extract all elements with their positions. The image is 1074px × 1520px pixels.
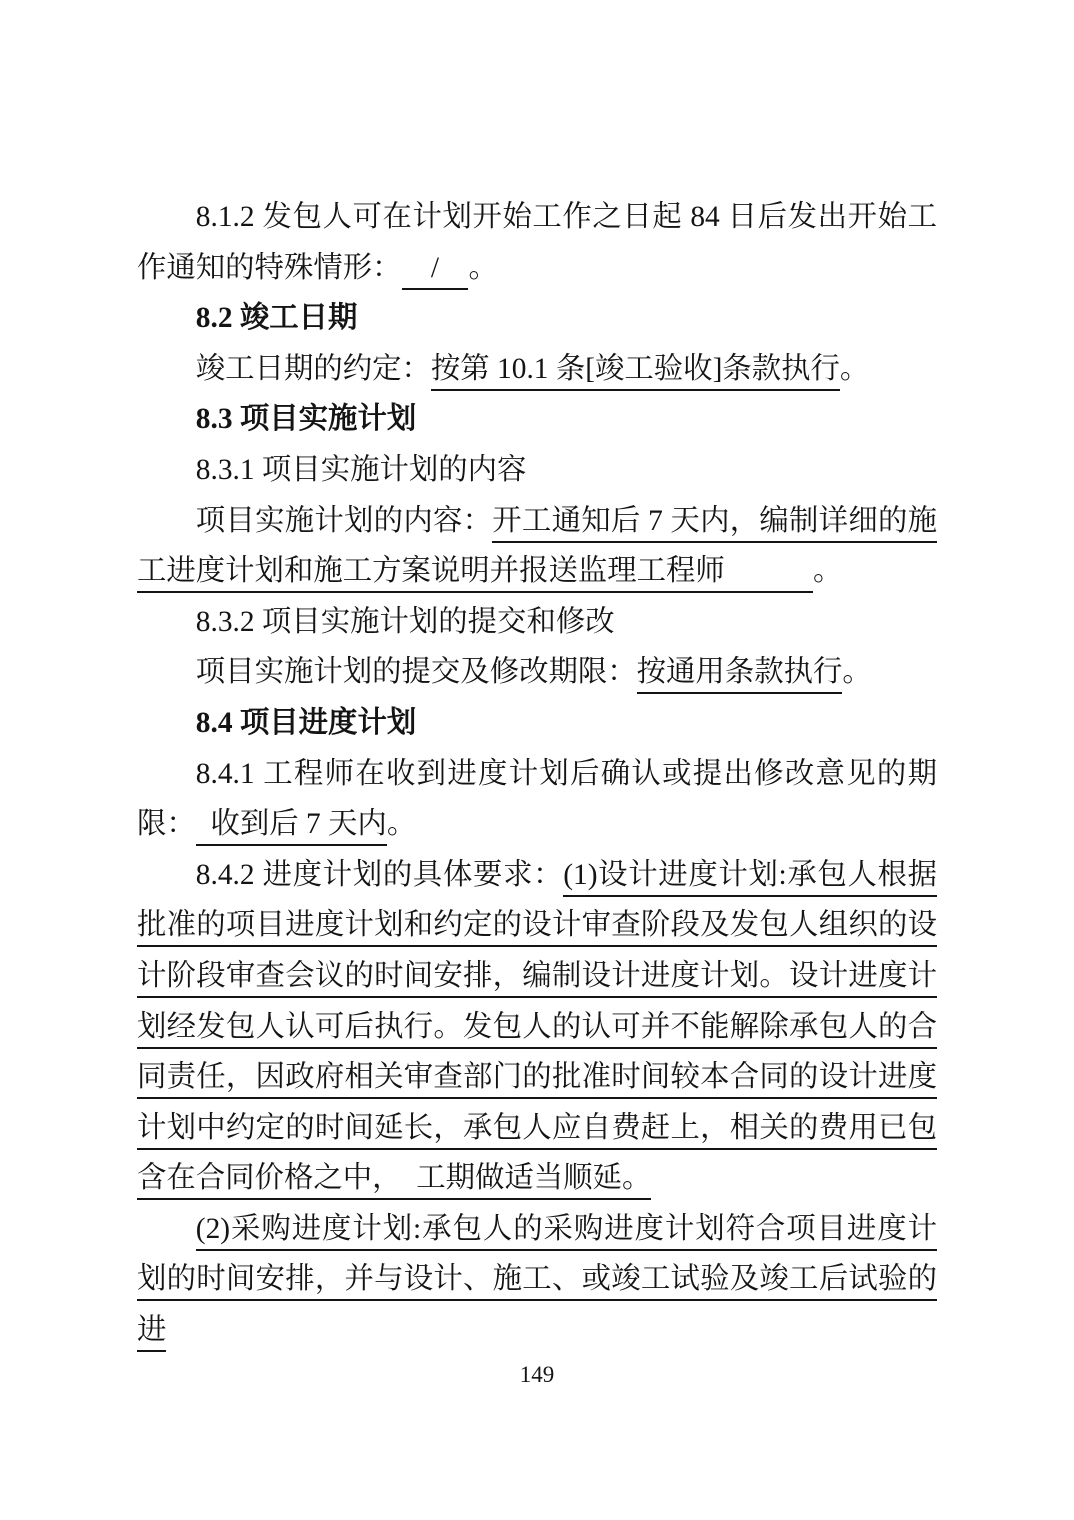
text-run: 。	[387, 808, 416, 840]
paragraph: 8.4.1 工程师在收到进度计划后确认或提出修改意见的期限： 收到后 7 天内。	[137, 749, 937, 850]
filled-blank-text: (2)采购进度计划:承包人的采购进度计划符合项目进度计划的时间安排，并与设计、施…	[137, 1213, 937, 1352]
paragraph: (2)采购进度计划:承包人的采购进度计划符合项目进度计划的时间安排，并与设计、施…	[137, 1204, 937, 1356]
paragraph: 8.1.2 发包人可在计划开始工作之日起 84 日后发出开始工作通知的特殊情形：…	[137, 192, 937, 293]
filled-blank-text: 收到后 7 天内	[196, 808, 387, 846]
text-run: 项目实施计划的内容：	[196, 505, 492, 537]
text-run: 。	[813, 555, 842, 587]
paragraph: 8.3.2 项目实施计划的提交和修改	[137, 597, 937, 648]
document-page: 8.1.2 发包人可在计划开始工作之日起 84 日后发出开始工作通知的特殊情形：…	[0, 0, 1074, 1520]
page-number: 149	[0, 1360, 1074, 1390]
paragraph: 项目实施计划的内容：开工通知后 7 天内，编制详细的施工进度计划和施工方案说明并…	[137, 496, 937, 597]
text-run: 8.4 项目进度计划	[196, 707, 416, 739]
section-heading: 8.3 项目实施计划	[137, 394, 937, 445]
section-heading: 8.4 项目进度计划	[137, 698, 937, 749]
text-run: 8.1.2 发包人可在计划开始工作之日起 84 日后发出开始工作通知的特殊情形：	[137, 201, 937, 284]
text-run: 8.3.2 项目实施计划的提交和修改	[196, 606, 615, 638]
paragraph: 竣工日期的约定：按第 10.1 条[竣工验收]条款执行。	[137, 344, 937, 395]
filled-blank-text: (1)设计进度计划:承包人根据批准的项目进度计划和约定的设计审查阶段及发包人组织…	[137, 859, 937, 1201]
text-run: 8.3 项目实施计划	[196, 403, 416, 435]
paragraph: 8.3.1 项目实施计划的内容	[137, 445, 937, 496]
text-run: 。	[842, 656, 871, 688]
paragraph: 项目实施计划的提交及修改期限：按通用条款执行。	[137, 647, 937, 698]
filled-blank-text: 按第 10.1 条[竣工验收]条款执行	[431, 353, 840, 391]
section-heading: 8.2 竣工日期	[137, 293, 937, 344]
text-run: 8.3.1 项目实施计划的内容	[196, 454, 527, 486]
text-run: 项目实施计划的提交及修改期限：	[196, 656, 637, 688]
text-run: 。	[840, 353, 869, 385]
text-run: 8.4.2 进度计划的具体要求：	[196, 859, 563, 891]
document-body: 8.1.2 发包人可在计划开始工作之日起 84 日后发出开始工作通知的特殊情形：…	[137, 192, 937, 1356]
text-run: 。	[468, 252, 497, 284]
filled-blank-text: /	[402, 252, 469, 290]
paragraph: 8.4.2 进度计划的具体要求：(1)设计进度计划:承包人根据批准的项目进度计划…	[137, 850, 937, 1204]
text-run: 竣工日期的约定：	[196, 353, 431, 385]
text-run: 8.2 竣工日期	[196, 302, 358, 334]
filled-blank-text: 按通用条款执行	[637, 656, 843, 694]
